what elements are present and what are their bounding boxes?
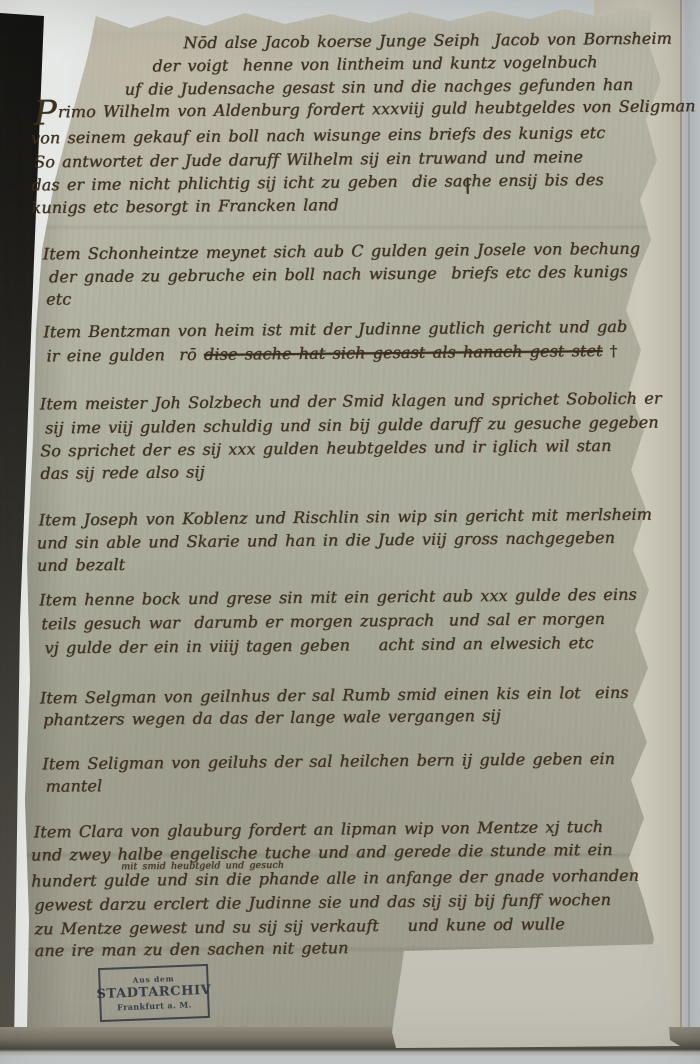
manuscript-line: Item Bentzman von heim ist mit der Judin… <box>43 317 627 342</box>
manuscript-line: uf die Judensache gesast sin und die nac… <box>125 75 634 99</box>
manuscript-line: etc <box>46 289 71 308</box>
manuscript-line: das sij rede also sij <box>40 462 205 483</box>
manuscript-line: und zwey halbe engelische tuche und and … <box>31 840 613 865</box>
manuscript-photo: Nōd alse Jacob koerse Junge Seiph Jacob … <box>0 0 700 1064</box>
manuscript-line: So sprichet der es sij xxx gulden heubtg… <box>40 436 611 460</box>
manuscript-line: kunigs etc besorgt in Francken land <box>31 195 338 217</box>
manuscript-line: Item Joseph von Koblenz und Rischlin sin… <box>39 505 652 530</box>
manuscript-line: zu Mentze gewest und su sij sij verkauft… <box>34 914 564 938</box>
manuscript-line: phantzers wegen da das der lange wale ve… <box>43 706 501 729</box>
manuscript-line: Item Schonheintze meynet sich aub C guld… <box>43 239 640 264</box>
cancellation-cross: † <box>610 342 618 360</box>
manuscript-line: vj gulde der ein in viiij tagen geben ac… <box>44 633 593 657</box>
manuscript-line: gewest darzu erclert die Judinne sie und… <box>34 890 611 915</box>
line-text: rimo Wilhelm von Aldenburg fordert xxxvi… <box>58 96 696 121</box>
manuscript-line: Nōd alse Jacob koerse Junge Seiph Jacob … <box>183 29 672 53</box>
manuscript-line: und sin able und Skarie und han in die J… <box>37 528 615 553</box>
handwritten-text-layer: Nōd alse Jacob koerse Junge Seiph Jacob … <box>0 0 700 1064</box>
stamp-line-2: STADTARCHIV <box>96 983 211 1002</box>
manuscript-line: das er ime nicht phlichtig sij icht zu g… <box>31 170 604 194</box>
manuscript-line: Primo Wilhelm von Aldenburg fordert xxxv… <box>34 96 696 121</box>
manuscript-line: sij ime viij gulden schuldig und sin bij… <box>45 413 659 438</box>
manuscript-line: ane ire man zu den sachen nit getun <box>35 938 349 960</box>
manuscript-line: Item Selgman von geilnhus der sal Rumb s… <box>40 683 629 708</box>
manuscript-line: Item meister Joh Solzbech und der Smid k… <box>40 389 662 414</box>
manuscript-line: So antwortet der Jude daruff Wilhelm sij… <box>34 147 583 171</box>
manuscript-line: ir eine gulden rō dise sache hat sich ge… <box>46 341 617 365</box>
stadtarchiv-stamp: Aus dem STADTARCHIV Frankfurt a. M. <box>98 964 210 1022</box>
line-text: ir eine gulden rō <box>46 345 204 366</box>
manuscript-line: von seinem gekauf ein boll nach wisunge … <box>31 123 605 148</box>
manuscript-line: Item Seligman von geiluhs der sal heilch… <box>42 749 615 773</box>
manuscript-line: teils gesuch war darumb er morgen zuspra… <box>41 609 605 633</box>
manuscript-line: Item Clara von glauburg fordert an lipma… <box>34 817 603 841</box>
manuscript-line: der voigt henne von lintheim und kuntz v… <box>152 52 597 75</box>
stamp-line-3: Frankfurt a. M. <box>117 1000 192 1013</box>
struck-text: dise sache hat sich gesast als hanach ge… <box>204 341 603 364</box>
manuscript-line: der gnade zu gebruche ein boll nach wisu… <box>49 262 628 287</box>
pen-stroke: ǀ <box>464 175 471 200</box>
manuscript-line: Item henne bock und grese sin mit ein ge… <box>39 585 637 610</box>
manuscript-line: mantel <box>45 776 102 796</box>
stamp-line-1: Aus dem <box>132 974 174 985</box>
manuscript-line: und bezalt <box>37 555 125 575</box>
